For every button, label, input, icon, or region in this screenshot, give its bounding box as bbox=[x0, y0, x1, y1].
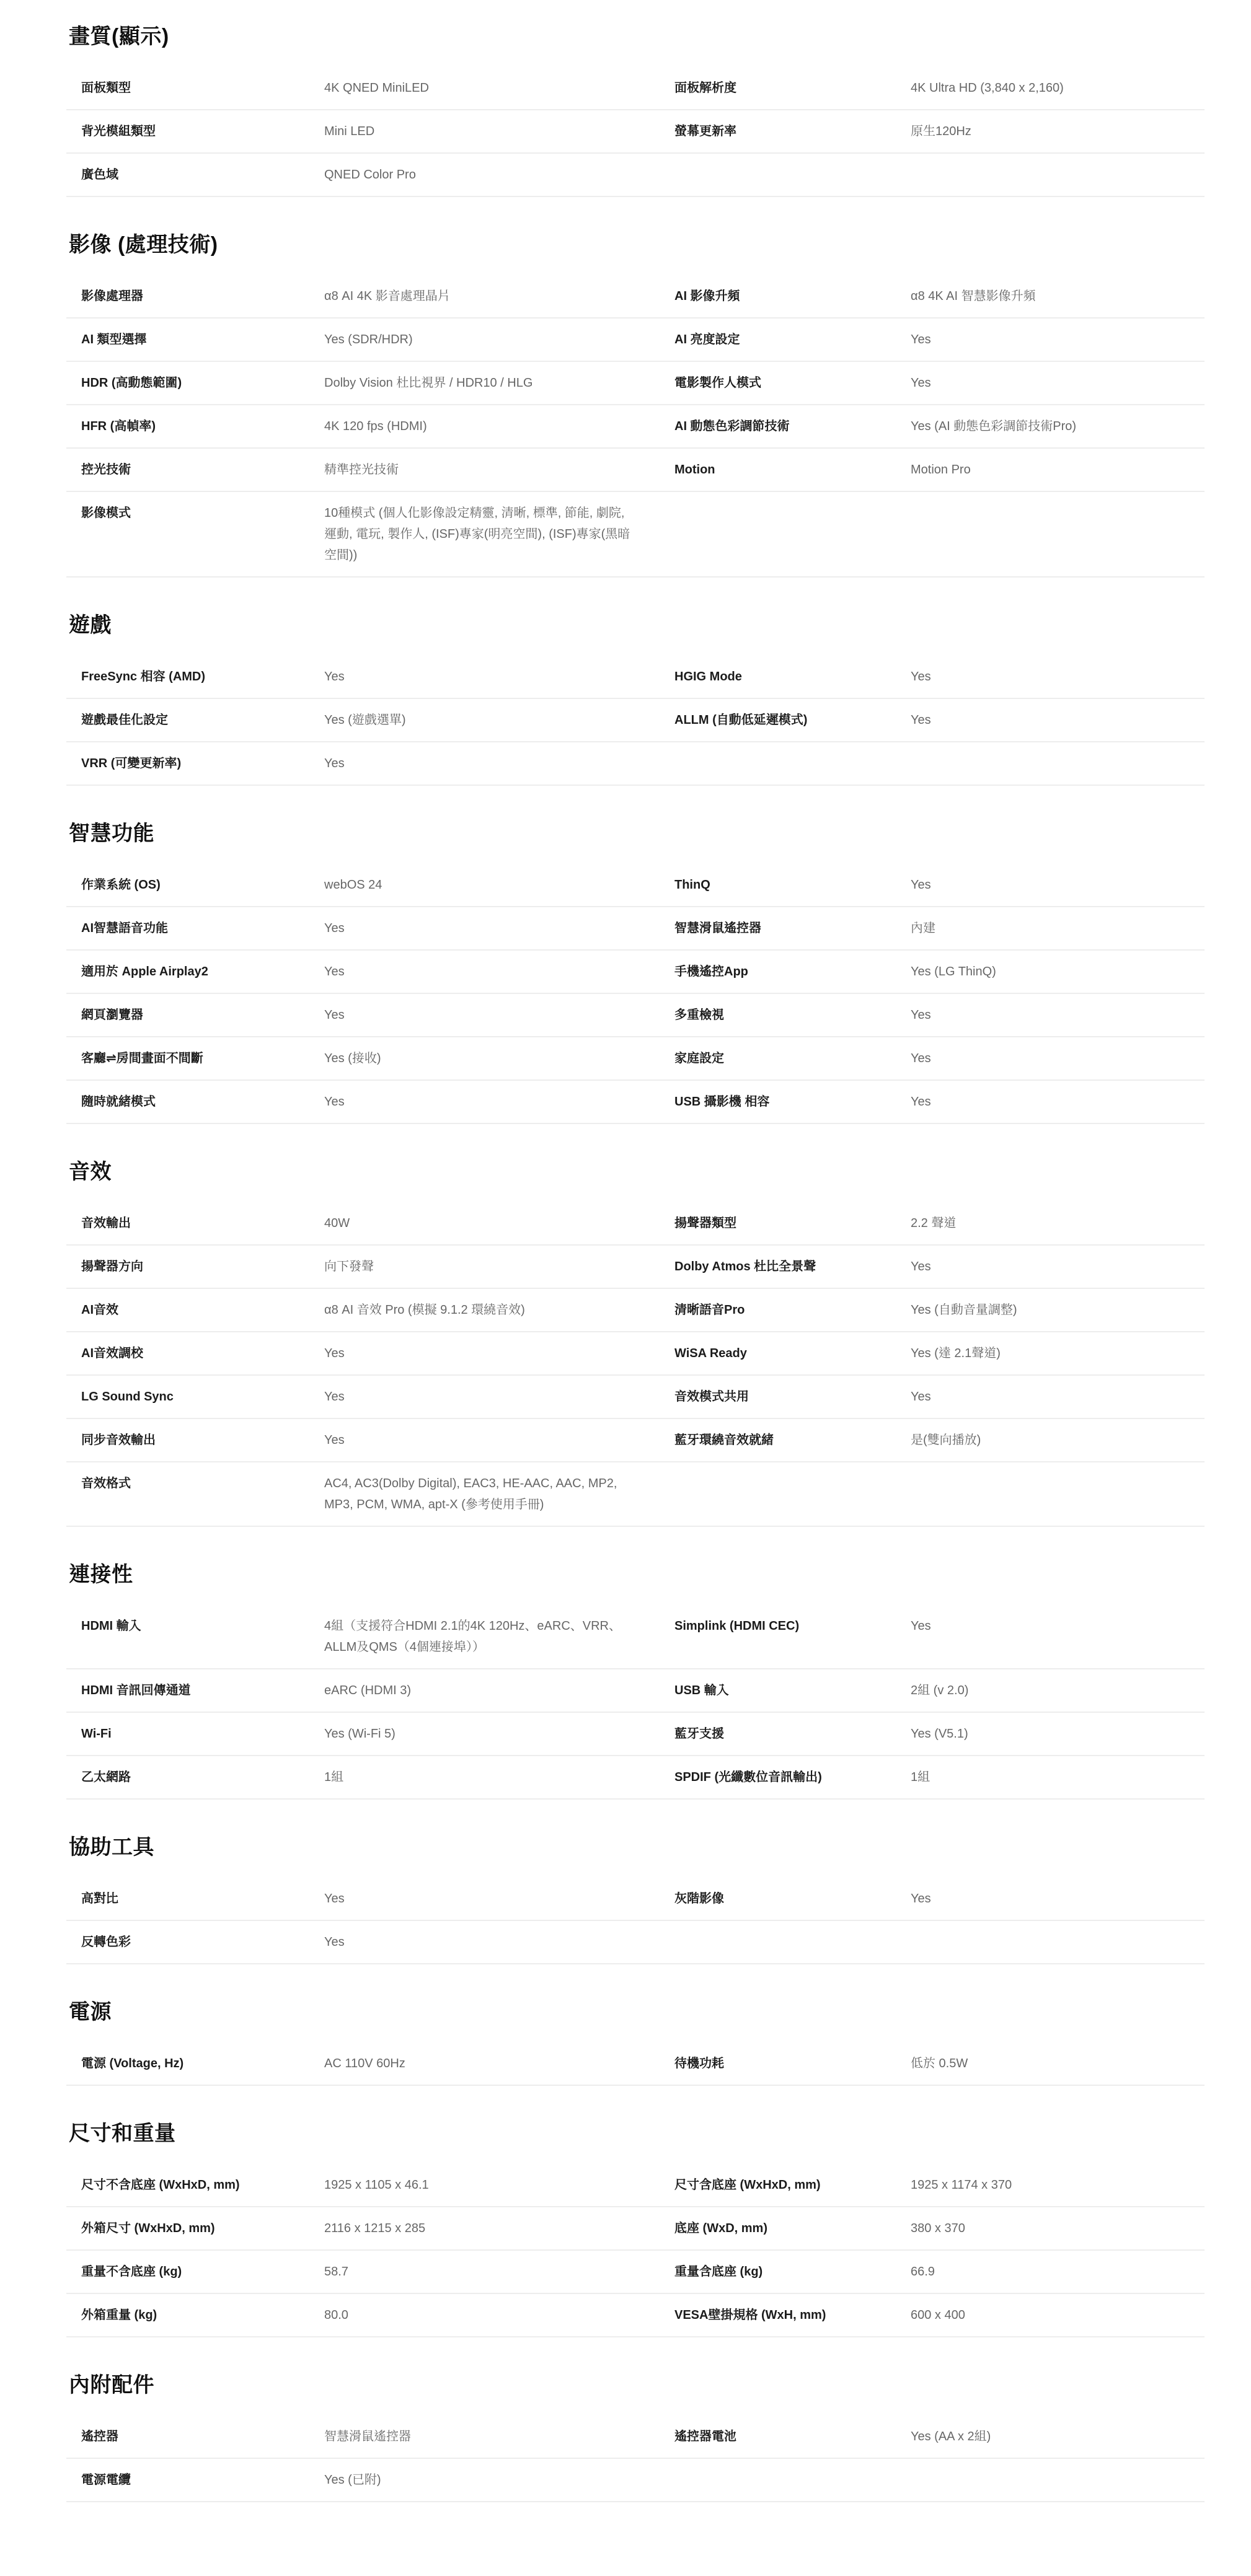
spec-value: Yes bbox=[324, 1386, 660, 1407]
spec-label: LG Sound Sync bbox=[66, 1386, 324, 1407]
spec-label: 廣色域 bbox=[66, 164, 324, 185]
spec-label: ALLM (自動低延遲模式) bbox=[660, 710, 911, 731]
spec-value: AC4, AC3(Dolby Digital), EAC3, HE-AAC, A… bbox=[324, 1473, 660, 1515]
spec-label: 同步音效輸出 bbox=[66, 1430, 324, 1451]
spec-row: 客廳⇌房間畫面不間斷Yes (接收)家庭設定Yes bbox=[66, 1037, 1205, 1081]
spec-row: 控光技術精準控光技術MotionMotion Pro bbox=[66, 449, 1205, 492]
spec-value: 66.9 bbox=[911, 2261, 1205, 2282]
spec-label: 家庭設定 bbox=[660, 1048, 911, 1069]
spec-value: 10種模式 (個人化影像設定精靈, 清晰, 標準, 節能, 劇院, 運動, 電玩… bbox=[324, 503, 660, 566]
spec-value: Yes (Wi-Fi 5) bbox=[324, 1723, 660, 1744]
section-title: 協助工具 bbox=[66, 1800, 1205, 1878]
spec-section: 智慧功能 作業系統 (OS)webOS 24ThinQYesAI智慧語音功能Ye… bbox=[66, 786, 1205, 1124]
spec-row: HDR (高動態範圍)Dolby Vision 杜比視界 / HDR10 / H… bbox=[66, 362, 1205, 405]
spec-label: 反轉色彩 bbox=[66, 1932, 324, 1953]
spec-section: 連接性 HDMI 輸入4組（支援符合HDMI 2.1的4K 120Hz、eARC… bbox=[66, 1527, 1205, 1800]
spec-value: Yes (V5.1) bbox=[911, 1723, 1205, 1744]
spec-label: 面板解析度 bbox=[660, 77, 911, 99]
spec-value: Yes bbox=[324, 666, 660, 687]
spec-label: 網頁瀏覽器 bbox=[66, 1004, 324, 1026]
spec-value: 1925 x 1105 x 46.1 bbox=[324, 2174, 660, 2196]
spec-value: Yes (自動音量調整) bbox=[911, 1299, 1205, 1321]
spec-label: VRR (可變更新率) bbox=[66, 753, 324, 774]
spec-label: VESA壁掛規格 (WxH, mm) bbox=[660, 2305, 911, 2326]
spec-label: 底座 (WxD, mm) bbox=[660, 2218, 911, 2239]
spec-value: Dolby Vision 杜比視界 / HDR10 / HLG bbox=[324, 372, 660, 393]
spec-label: HGIG Mode bbox=[660, 666, 911, 687]
spec-row: 揚聲器方向向下發聲Dolby Atmos 杜比全景聲Yes bbox=[66, 1246, 1205, 1289]
spec-page: 畫質(顯示) 面板類型4K QNED MiniLED面板解析度4K Ultra … bbox=[0, 0, 1251, 2552]
spec-label: 面板類型 bbox=[66, 77, 324, 99]
spec-label: WiSA Ready bbox=[660, 1343, 911, 1364]
spec-row: 重量不含底座 (kg)58.7重量含底座 (kg)66.9 bbox=[66, 2251, 1205, 2294]
spec-row: 廣色域QNED Color Pro bbox=[66, 154, 1205, 197]
spec-label: 遊戲最佳化設定 bbox=[66, 710, 324, 731]
spec-row: VRR (可變更新率)Yes bbox=[66, 742, 1205, 786]
spec-value: 低於 0.5W bbox=[911, 2053, 1205, 2074]
spec-label: 螢幕更新率 bbox=[660, 121, 911, 142]
spec-label: 乙太網路 bbox=[66, 1767, 324, 1788]
spec-value: Yes bbox=[911, 666, 1205, 687]
spec-value: 4K Ultra HD (3,840 x 2,160) bbox=[911, 77, 1205, 99]
spec-section: 音效 音效輸出40W揚聲器類型2.2 聲道揚聲器方向向下發聲Dolby Atmo… bbox=[66, 1124, 1205, 1527]
spec-section: 影像 (處理技術) 影像處理器α8 AI 4K 影音處理晶片AI 影像升頻α8 … bbox=[66, 197, 1205, 578]
spec-label: 音效模式共用 bbox=[660, 1386, 911, 1407]
spec-row: 隨時就緒模式YesUSB 攝影機 相容Yes bbox=[66, 1081, 1205, 1124]
section-rows: 音效輸出40W揚聲器類型2.2 聲道揚聲器方向向下發聲Dolby Atmos 杜… bbox=[66, 1202, 1205, 1527]
spec-value: eARC (HDMI 3) bbox=[324, 1680, 660, 1701]
spec-value: Yes bbox=[911, 372, 1205, 393]
spec-label: 音效格式 bbox=[66, 1473, 324, 1494]
section-title: 音效 bbox=[66, 1124, 1205, 1202]
spec-value: Yes (已附) bbox=[324, 2469, 660, 2490]
spec-label: 揚聲器類型 bbox=[660, 1213, 911, 1234]
spec-row: AI音效調校YesWiSA ReadyYes (達 2.1聲道) bbox=[66, 1332, 1205, 1376]
spec-label: FreeSync 相容 (AMD) bbox=[66, 666, 324, 687]
section-rows: 影像處理器α8 AI 4K 影音處理晶片AI 影像升頻α8 4K AI 智慧影像… bbox=[66, 275, 1205, 578]
spec-label: AI音效調校 bbox=[66, 1343, 324, 1364]
spec-value: 40W bbox=[324, 1213, 660, 1234]
spec-label: HFR (高幀率) bbox=[66, 416, 324, 437]
spec-row: 作業系統 (OS)webOS 24ThinQYes bbox=[66, 864, 1205, 907]
section-rows: 電源 (Voltage, Hz)AC 110V 60Hz待機功耗低於 0.5W bbox=[66, 2042, 1205, 2086]
spec-label: ThinQ bbox=[660, 874, 911, 895]
spec-label: 待機功耗 bbox=[660, 2053, 911, 2074]
spec-label: HDMI 音訊回傳通道 bbox=[66, 1680, 324, 1701]
spec-value: α8 AI 音效 Pro (模擬 9.1.2 環繞音效) bbox=[324, 1299, 660, 1321]
spec-label: 電影製作人模式 bbox=[660, 372, 911, 393]
spec-value: Yes bbox=[911, 874, 1205, 895]
spec-value: 1組 bbox=[324, 1767, 660, 1788]
spec-value: Yes bbox=[911, 1615, 1205, 1637]
spec-label: USB 攝影機 相容 bbox=[660, 1091, 911, 1112]
spec-value: Yes (AA x 2組) bbox=[911, 2426, 1205, 2447]
spec-row: 影像處理器α8 AI 4K 影音處理晶片AI 影像升頻α8 4K AI 智慧影像… bbox=[66, 275, 1205, 319]
spec-label: 遙控器電池 bbox=[660, 2426, 911, 2447]
spec-value: Yes bbox=[911, 1091, 1205, 1112]
spec-label: 藍牙環繞音效就緒 bbox=[660, 1430, 911, 1451]
spec-section: 內附配件 遙控器智慧滑鼠遙控器遙控器電池Yes (AA x 2組)電源電纜Yes… bbox=[66, 2337, 1205, 2502]
spec-value: Yes (遊戲選單) bbox=[324, 710, 660, 731]
spec-value: Yes bbox=[324, 1091, 660, 1112]
spec-label: Simplink (HDMI CEC) bbox=[660, 1615, 911, 1637]
spec-label: 尺寸含底座 (WxHxD, mm) bbox=[660, 2174, 911, 2196]
spec-label: Dolby Atmos 杜比全景聲 bbox=[660, 1256, 911, 1277]
spec-value: 80.0 bbox=[324, 2305, 660, 2326]
spec-row: HDMI 音訊回傳通道eARC (HDMI 3)USB 輸入2組 (v 2.0) bbox=[66, 1669, 1205, 1713]
spec-section: 畫質(顯示) 面板類型4K QNED MiniLED面板解析度4K Ultra … bbox=[66, 16, 1205, 197]
spec-value: 58.7 bbox=[324, 2261, 660, 2282]
spec-row: 網頁瀏覽器Yes多重檢視Yes bbox=[66, 994, 1205, 1037]
section-rows: 尺寸不含底座 (WxHxD, mm)1925 x 1105 x 46.1尺寸含底… bbox=[66, 2164, 1205, 2337]
section-title: 遊戲 bbox=[66, 578, 1205, 656]
spec-label: 手機遙控App bbox=[660, 961, 911, 982]
spec-label: 重量含底座 (kg) bbox=[660, 2261, 911, 2282]
spec-value: AC 110V 60Hz bbox=[324, 2053, 660, 2074]
spec-label: 客廳⇌房間畫面不間斷 bbox=[66, 1048, 324, 1069]
spec-value: Yes bbox=[911, 1256, 1205, 1277]
spec-value: Yes bbox=[324, 1343, 660, 1364]
spec-row: 音效輸出40W揚聲器類型2.2 聲道 bbox=[66, 1202, 1205, 1246]
spec-value: 4K 120 fps (HDMI) bbox=[324, 416, 660, 437]
spec-label: 電源電纜 bbox=[66, 2469, 324, 2490]
spec-row: AI 類型選擇Yes (SDR/HDR)AI 亮度設定Yes bbox=[66, 319, 1205, 362]
spec-value: α8 4K AI 智慧影像升頻 bbox=[911, 286, 1205, 307]
spec-value: 原生120Hz bbox=[911, 121, 1205, 142]
spec-row: 外箱尺寸 (WxHxD, mm)2116 x 1215 x 285底座 (WxD… bbox=[66, 2207, 1205, 2251]
spec-label: 清晰語音Pro bbox=[660, 1299, 911, 1321]
spec-row: 同步音效輸出Yes藍牙環繞音效就緒是(雙向播放) bbox=[66, 1419, 1205, 1462]
spec-label: 智慧滑鼠遙控器 bbox=[660, 918, 911, 939]
spec-label: SPDIF (光纖數位音訊輸出) bbox=[660, 1767, 911, 1788]
spec-label: 電源 (Voltage, Hz) bbox=[66, 2053, 324, 2074]
spec-value: webOS 24 bbox=[324, 874, 660, 895]
spec-value: 1組 bbox=[911, 1767, 1205, 1788]
spec-label: AI 影像升頻 bbox=[660, 286, 911, 307]
spec-section: 電源 電源 (Voltage, Hz)AC 110V 60Hz待機功耗低於 0.… bbox=[66, 1964, 1205, 2086]
spec-value: α8 AI 4K 影音處理晶片 bbox=[324, 286, 660, 307]
spec-label: 尺寸不含底座 (WxHxD, mm) bbox=[66, 2174, 324, 2196]
spec-label: 揚聲器方向 bbox=[66, 1256, 324, 1277]
spec-row: AI智慧語音功能Yes智慧滑鼠遙控器內建 bbox=[66, 907, 1205, 951]
spec-section: 尺寸和重量 尺寸不含底座 (WxHxD, mm)1925 x 1105 x 46… bbox=[66, 2086, 1205, 2337]
spec-row: 面板類型4K QNED MiniLED面板解析度4K Ultra HD (3,8… bbox=[66, 67, 1205, 110]
spec-label: Motion bbox=[660, 459, 911, 480]
spec-value: Yes bbox=[324, 1430, 660, 1451]
spec-value: Yes bbox=[911, 1888, 1205, 1909]
spec-value: Yes bbox=[911, 1386, 1205, 1407]
spec-row: 尺寸不含底座 (WxHxD, mm)1925 x 1105 x 46.1尺寸含底… bbox=[66, 2164, 1205, 2207]
spec-value: Yes bbox=[324, 1932, 660, 1953]
spec-section: 協助工具 高對比Yes灰階影像Yes反轉色彩Yes bbox=[66, 1800, 1205, 1964]
spec-row: 音效格式AC4, AC3(Dolby Digital), EAC3, HE-AA… bbox=[66, 1462, 1205, 1527]
spec-label: 影像處理器 bbox=[66, 286, 324, 307]
spec-value: Yes (AI 動態色彩調節技術Pro) bbox=[911, 416, 1205, 437]
spec-row: HDMI 輸入4組（支援符合HDMI 2.1的4K 120Hz、eARC、VRR… bbox=[66, 1605, 1205, 1669]
spec-label: 音效輸出 bbox=[66, 1213, 324, 1234]
spec-value: Yes bbox=[911, 329, 1205, 350]
spec-row: 電源 (Voltage, Hz)AC 110V 60Hz待機功耗低於 0.5W bbox=[66, 2042, 1205, 2086]
spec-label: 灰階影像 bbox=[660, 1888, 911, 1909]
spec-label: 外箱重量 (kg) bbox=[66, 2305, 324, 2326]
spec-label: 遙控器 bbox=[66, 2426, 324, 2447]
section-title: 內附配件 bbox=[66, 2337, 1205, 2416]
spec-row: HFR (高幀率)4K 120 fps (HDMI)AI 動態色彩調節技術Yes… bbox=[66, 405, 1205, 449]
spec-row: 反轉色彩Yes bbox=[66, 1921, 1205, 1964]
spec-value: 2.2 聲道 bbox=[911, 1213, 1205, 1234]
section-rows: 面板類型4K QNED MiniLED面板解析度4K Ultra HD (3,8… bbox=[66, 67, 1205, 197]
spec-row: 背光模組類型Mini LED螢幕更新率原生120Hz bbox=[66, 110, 1205, 154]
spec-label: AI 亮度設定 bbox=[660, 329, 911, 350]
spec-value: Yes bbox=[911, 1048, 1205, 1069]
spec-row: AI音效α8 AI 音效 Pro (模擬 9.1.2 環繞音效)清晰語音ProY… bbox=[66, 1289, 1205, 1332]
spec-row: LG Sound SyncYes音效模式共用Yes bbox=[66, 1376, 1205, 1419]
spec-label: HDR (高動態範圍) bbox=[66, 372, 324, 393]
spec-label: HDMI 輸入 bbox=[66, 1615, 324, 1637]
spec-label: 藍牙支援 bbox=[660, 1723, 911, 1744]
spec-value: Yes bbox=[324, 1004, 660, 1026]
spec-label: 控光技術 bbox=[66, 459, 324, 480]
spec-label: 隨時就緒模式 bbox=[66, 1091, 324, 1112]
spec-label: AI智慧語音功能 bbox=[66, 918, 324, 939]
section-title: 連接性 bbox=[66, 1527, 1205, 1605]
spec-label: 背光模組類型 bbox=[66, 121, 324, 142]
spec-value: Mini LED bbox=[324, 121, 660, 142]
spec-label: 外箱尺寸 (WxHxD, mm) bbox=[66, 2218, 324, 2239]
spec-value: 380 x 370 bbox=[911, 2218, 1205, 2239]
spec-row: 乙太網路1組SPDIF (光纖數位音訊輸出)1組 bbox=[66, 1756, 1205, 1800]
spec-value: Yes (達 2.1聲道) bbox=[911, 1343, 1205, 1364]
section-rows: 作業系統 (OS)webOS 24ThinQYesAI智慧語音功能Yes智慧滑鼠… bbox=[66, 864, 1205, 1124]
spec-value: 精準控光技術 bbox=[324, 459, 660, 480]
spec-row: 遙控器智慧滑鼠遙控器遙控器電池Yes (AA x 2組) bbox=[66, 2416, 1205, 2459]
section-rows: 遙控器智慧滑鼠遙控器遙控器電池Yes (AA x 2組)電源電纜Yes (已附) bbox=[66, 2416, 1205, 2502]
spec-label: 重量不含底座 (kg) bbox=[66, 2261, 324, 2282]
spec-value: Yes bbox=[911, 710, 1205, 731]
spec-value: Yes (接收) bbox=[324, 1048, 660, 1069]
spec-value: 智慧滑鼠遙控器 bbox=[324, 2426, 660, 2447]
spec-label: USB 輸入 bbox=[660, 1680, 911, 1701]
spec-value: Yes bbox=[324, 918, 660, 939]
spec-value: 是(雙向播放) bbox=[911, 1430, 1205, 1451]
spec-row: 外箱重量 (kg)80.0VESA壁掛規格 (WxH, mm)600 x 400 bbox=[66, 2294, 1205, 2337]
section-rows: 高對比Yes灰階影像Yes反轉色彩Yes bbox=[66, 1878, 1205, 1964]
spec-value: 內建 bbox=[911, 918, 1205, 939]
section-rows: FreeSync 相容 (AMD)YesHGIG ModeYes遊戲最佳化設定Y… bbox=[66, 656, 1205, 786]
section-title: 影像 (處理技術) bbox=[66, 197, 1205, 275]
spec-row: Wi-FiYes (Wi-Fi 5)藍牙支援Yes (V5.1) bbox=[66, 1713, 1205, 1756]
spec-value: Yes bbox=[911, 1004, 1205, 1026]
spec-value: Yes bbox=[324, 961, 660, 982]
spec-row: 影像模式10種模式 (個人化影像設定精靈, 清晰, 標準, 節能, 劇院, 運動… bbox=[66, 492, 1205, 578]
spec-label: 影像模式 bbox=[66, 503, 324, 524]
spec-value: 2組 (v 2.0) bbox=[911, 1680, 1205, 1701]
spec-label: 適用於 Apple Airplay2 bbox=[66, 961, 324, 982]
section-title: 畫質(顯示) bbox=[66, 16, 1205, 67]
spec-row: FreeSync 相容 (AMD)YesHGIG ModeYes bbox=[66, 656, 1205, 699]
section-title: 智慧功能 bbox=[66, 786, 1205, 864]
spec-row: 適用於 Apple Airplay2Yes手機遙控AppYes (LG Thin… bbox=[66, 951, 1205, 994]
spec-value: 1925 x 1174 x 370 bbox=[911, 2174, 1205, 2196]
section-title: 電源 bbox=[66, 1964, 1205, 2042]
spec-value: 向下發聲 bbox=[324, 1256, 660, 1277]
spec-label: Wi-Fi bbox=[66, 1723, 324, 1744]
spec-value: 4K QNED MiniLED bbox=[324, 77, 660, 99]
spec-row: 電源電纜Yes (已附) bbox=[66, 2459, 1205, 2502]
spec-value: Yes (LG ThinQ) bbox=[911, 961, 1205, 982]
spec-label: 高對比 bbox=[66, 1888, 324, 1909]
spec-value: Yes bbox=[324, 1888, 660, 1909]
spec-value: QNED Color Pro bbox=[324, 164, 660, 185]
spec-value: 4組（支援符合HDMI 2.1的4K 120Hz、eARC、VRR、ALLM及Q… bbox=[324, 1615, 660, 1658]
spec-value: Motion Pro bbox=[911, 459, 1205, 480]
spec-label: AI 動態色彩調節技術 bbox=[660, 416, 911, 437]
spec-row: 遊戲最佳化設定Yes (遊戲選單)ALLM (自動低延遲模式)Yes bbox=[66, 699, 1205, 742]
spec-value: 600 x 400 bbox=[911, 2305, 1205, 2326]
spec-label: AI音效 bbox=[66, 1299, 324, 1321]
section-rows: HDMI 輸入4組（支援符合HDMI 2.1的4K 120Hz、eARC、VRR… bbox=[66, 1605, 1205, 1800]
spec-value: Yes bbox=[324, 753, 660, 774]
spec-value: Yes (SDR/HDR) bbox=[324, 329, 660, 350]
spec-label: 多重檢視 bbox=[660, 1004, 911, 1026]
spec-label: AI 類型選擇 bbox=[66, 329, 324, 350]
spec-value: 2116 x 1215 x 285 bbox=[324, 2218, 660, 2239]
section-title: 尺寸和重量 bbox=[66, 2086, 1205, 2164]
spec-row: 高對比Yes灰階影像Yes bbox=[66, 1878, 1205, 1921]
spec-section: 遊戲 FreeSync 相容 (AMD)YesHGIG ModeYes遊戲最佳化… bbox=[66, 578, 1205, 786]
spec-label: 作業系統 (OS) bbox=[66, 874, 324, 895]
